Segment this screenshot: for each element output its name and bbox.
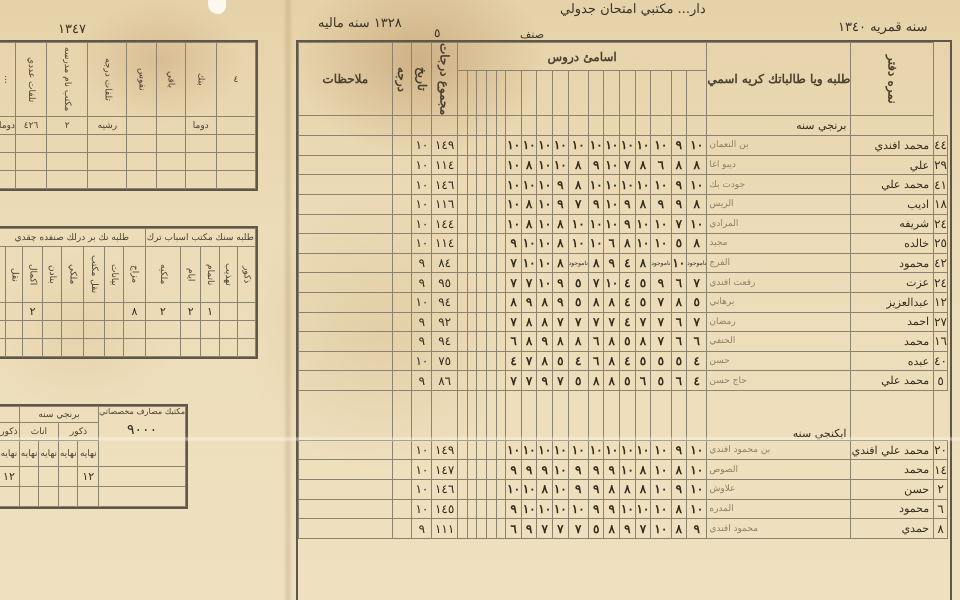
empty-lesson-cell [477, 273, 487, 293]
avg-cell: ٩ [412, 519, 432, 539]
total-cell: ١٤٩ [432, 440, 458, 460]
avg-cell: ١٠ [412, 175, 432, 195]
cell: ٨ [124, 303, 145, 321]
lesson-grade-cell: ٨ [588, 292, 604, 312]
student-name-cell: محمد [851, 460, 934, 480]
lesson-grade-cell: ٨ [604, 371, 620, 391]
empty-lesson-cell [477, 312, 487, 332]
cell: ٢ [145, 303, 180, 321]
empty-lesson-cell [496, 253, 506, 273]
register-no-cell: ١٨ [934, 194, 948, 214]
empty-lesson-cell [467, 155, 477, 175]
total-header: مجموع درجات [432, 43, 458, 116]
lesson-grade-cell: ٩ [553, 292, 569, 312]
notes-cell [299, 480, 393, 500]
empty-lesson-cell [496, 371, 506, 391]
lesson-grade-cell: ٨ [671, 499, 687, 519]
grade-cell [392, 292, 412, 312]
lesson-grade-cell: ١٠ [651, 214, 671, 234]
empty-lesson-cell [457, 499, 467, 519]
lesson-grade-cell: ١٠ [568, 136, 588, 156]
date-header: تاريخ [412, 43, 432, 116]
lesson-grade-cell: ٨ [635, 332, 651, 352]
avg-cell: ٩ [412, 332, 432, 352]
empty-lesson-cell [477, 155, 487, 175]
lesson-grade-cell: ١٠ [553, 480, 569, 500]
empty-lesson-cell [457, 371, 467, 391]
total-cell: ١٤٧ [432, 460, 458, 480]
table-row: ٩٩٢٧٨٨٧٧٧٧٤٧٧٦٧رمضاناحمد٢٧ [299, 312, 948, 332]
lesson-grade-cell: ٥ [651, 371, 671, 391]
cell: نهايه [39, 441, 59, 467]
lesson-grade-cell: ١٠ [687, 175, 707, 195]
empty-lesson-cell [477, 175, 487, 195]
notes-cell [299, 312, 393, 332]
cell [127, 117, 156, 135]
lesson-grade-cell: ٦ [671, 273, 687, 293]
father-name-cell: جودت بك [707, 175, 851, 195]
avg-cell: ١٠ [412, 440, 432, 460]
empty-lesson-cell [457, 351, 467, 371]
lesson-grade-cell: ٩ [671, 175, 687, 195]
section-first-year: برنجي سنه [707, 116, 851, 136]
lesson-grade-cell: ١٠ [651, 519, 671, 539]
lesson-grade-cell: ١٠ [553, 460, 569, 480]
notes-cell [299, 194, 393, 214]
empty-lesson-cell [496, 351, 506, 371]
table-row: ١٠٧٥٤٧٨٥٤٦٨٤٥٥٥٤حسنعبده٤٠ [299, 351, 948, 371]
lesson-grade-cell: ١٠ [588, 234, 604, 254]
register-no-cell: ٨ [934, 519, 948, 539]
father-name-cell: المرادي [707, 214, 851, 234]
avg-cell: ١٠ [412, 155, 432, 175]
lesson-grade-cell: ٩ [588, 480, 604, 500]
empty-lesson-cell [457, 155, 467, 175]
lesson-grade-cell: ٥ [568, 292, 588, 312]
group-left-title: طلبه نك بر درلك صنفده چقدي [0, 229, 145, 247]
total-cell: ١١١ [432, 519, 458, 539]
total-cell: ١٢ [78, 467, 99, 487]
lesson-grade-cell: ٩ [506, 460, 522, 480]
header-cell: بيانات [104, 247, 123, 303]
father-name-cell: بن محمود افندي [707, 440, 851, 460]
lesson-grade-cell: ٩ [604, 499, 620, 519]
empty-lesson-cell [467, 253, 477, 273]
lesson-grade-cell: ١٠ [687, 136, 707, 156]
lesson-grade-cell: ١٠ [568, 234, 588, 254]
empty-lesson-cell [457, 292, 467, 312]
empty-lesson-cell [457, 519, 467, 539]
lesson-grade-cell: ٨ [521, 155, 537, 175]
lesson-grade-cell: ٩ [620, 214, 636, 234]
student-name-cell: علي [851, 155, 934, 175]
father-name-cell: الريس [707, 194, 851, 214]
lesson-grade-cell: ١٠ [620, 136, 636, 156]
lesson-grade-cell: ٧ [553, 519, 569, 539]
lesson-grade-cell: ١٠ [651, 480, 671, 500]
lesson-grade-cell: ١٠ [687, 214, 707, 234]
lesson-grade-cell: ٥ [568, 371, 588, 391]
lesson-grade-cell: ٦ [671, 312, 687, 332]
total-cell: ٨٤ [432, 253, 458, 273]
lesson-grade-cell: ٩ [568, 480, 588, 500]
lesson-grade-cell: ٦ [651, 155, 671, 175]
lesson-grade-cell: ٩ [604, 253, 620, 273]
notes-cell [299, 371, 393, 391]
empty-lesson-cell [496, 460, 506, 480]
empty-lesson-cell [496, 332, 506, 352]
empty-lesson-cell [457, 440, 467, 460]
table-row: ٩٨٦٧٧٩٧٥٨٨٥٦٥٦٤حاج حسنمحمد علي٥ [299, 371, 948, 391]
lesson-grade-cell: ١٠ [506, 155, 522, 175]
empty-lesson-cell [457, 253, 467, 273]
lesson-grade-cell: ٩ [671, 194, 687, 214]
cell [237, 303, 255, 321]
lesson-grade-cell: ١٠ [651, 136, 671, 156]
grade-cell [392, 440, 412, 460]
lesson-grade-cell: ١٠ [537, 175, 553, 195]
empty-lesson-cell [477, 332, 487, 352]
lesson-grade-cell: ٨ [588, 253, 604, 273]
student-name-header: طلبه ويا طالباتك كريه اسمي [707, 43, 851, 116]
lesson-grade-cell: ١٠ [604, 155, 620, 175]
lesson-grade-cell: ٨ [568, 332, 588, 352]
cell: ١ [201, 303, 219, 321]
grade-cell [392, 312, 412, 332]
empty-lesson-cell [467, 175, 477, 195]
grade-cell [392, 273, 412, 293]
total-cell: ١٤٤ [432, 214, 458, 234]
father-name-cell: محمود افندي [707, 519, 851, 539]
lesson-grade-cell: ٩ [537, 332, 553, 352]
empty-lesson-cell [457, 480, 467, 500]
empty-lesson-cell [457, 136, 467, 156]
table-row: ١٠١٤٤١٠٨١٠٨١٠١٠١٠٩١٠١٠٧١٠المراديشريفه٢٤ [299, 214, 948, 234]
cell: ٢ [181, 303, 201, 321]
register-no-cell: ٤٢ [934, 253, 948, 273]
avg-cell: ٩ [412, 273, 432, 293]
lesson-grade-cell: ٨ [553, 332, 569, 352]
empty-lesson-cell [467, 136, 477, 156]
empty-lesson-cell [457, 273, 467, 293]
left-mid-table: طلبه نك بر درلك صنفده چقدي طلبه سنك مكتب… [0, 228, 256, 357]
cell: نهايه [58, 441, 78, 467]
lesson-grade-cell: ٦ [635, 371, 651, 391]
notes-cell [299, 253, 393, 273]
lesson-grade-cell: ٩ [620, 519, 636, 539]
lesson-grade-cell: ١٠ [620, 460, 636, 480]
lesson-grade-cell: ٩ [553, 273, 569, 293]
lesson-grade-cell: ٩ [521, 519, 537, 539]
main-table: ملاحظات درجه تاريخ مجموع درجات اسامئ درو… [298, 42, 948, 539]
table-row: ٩١١١٦٩٧٧٧٥٨٩٧١٠٨٩محمود افنديحمدي٨ [299, 519, 948, 539]
grade-cell [392, 234, 412, 254]
empty-lesson-cell [477, 351, 487, 371]
header-cell: اكمال [23, 247, 42, 303]
lesson-grade-cell: ٨ [553, 234, 569, 254]
header-cell: ... [0, 43, 15, 117]
father-name-cell: رفعت افندي [707, 273, 851, 293]
lesson-grade-cell: ١٠ [651, 175, 671, 195]
lesson-grade-cell: ٨ [620, 234, 636, 254]
avg-cell: ١٠ [412, 499, 432, 519]
register-no-cell: ٢٩ [934, 155, 948, 175]
lesson-grade-cell: ١٠ [651, 460, 671, 480]
empty-lesson-cell [486, 460, 496, 480]
father-name-cell: بن النعمان [707, 136, 851, 156]
lesson-grade-cell: ٧ [620, 155, 636, 175]
lesson-grade-cell: ٨ [635, 253, 651, 273]
empty-lesson-cell [477, 292, 487, 312]
table-row: ١٠١٤٦١٠١٠٨١٠٩٩٨٨٨١٠٩١٠علاوشحسن٢ [299, 480, 948, 500]
lesson-grade-cell: ٦ [506, 519, 522, 539]
lesson-grade-cell: ٨ [537, 292, 553, 312]
notes-header: ملاحظات [299, 43, 393, 116]
lesson-grade-cell: ١٠ [506, 136, 522, 156]
register-no-cell: ٢٥ [934, 234, 948, 254]
first-year-rows: ١٠١٤٩١٠١٠١٠١٠١٠١٠١٠١٠١٠١٠٩١٠بن النعمانمح… [299, 136, 948, 391]
group-title: برنجي سنه [19, 407, 98, 423]
empty-lesson-cell [477, 214, 487, 234]
lesson-grade-cell: ١٠ [537, 440, 553, 460]
lesson-grade-cell: ٨ [604, 519, 620, 539]
avg-cell: ١٠ [412, 214, 432, 234]
lesson-grade-cell: ١٠ [635, 136, 651, 156]
notes-cell [299, 292, 393, 312]
cell [104, 303, 123, 321]
lesson-grade-cell: ٨ [635, 194, 651, 214]
empty-lesson-cell [467, 440, 477, 460]
empty-lesson-cell [467, 292, 477, 312]
empty-lesson-cell [496, 292, 506, 312]
empty-lesson-cell [486, 194, 496, 214]
cell [83, 303, 104, 321]
lesson-grade-cell: ٨ [537, 312, 553, 332]
table-row: ١٠١١٤١٠٨١٠١٠٨٩١٠٧٨٦٨٨ديبو اغاعلي٢٩ [299, 155, 948, 175]
header-cell: ٤ [216, 43, 255, 117]
lesson-grade-cell: ٨ [687, 155, 707, 175]
student-name-cell: محمد [851, 332, 934, 352]
lesson-grade-cell: ٩ [588, 460, 604, 480]
cell: ٤٢٦ [15, 117, 46, 135]
lesson-grade-cell: ١٠ [620, 440, 636, 460]
header-cell: مكتب نام مدرسه [47, 43, 88, 117]
register-no-cell: ٤١ [934, 175, 948, 195]
lesson-grade-cell: ٩ [687, 519, 707, 539]
avg-cell: ١٠ [412, 234, 432, 254]
lesson-grade-cell: ١٠ [635, 440, 651, 460]
lesson-grade-cell: ٨ [568, 155, 588, 175]
empty-lesson-cell [477, 440, 487, 460]
empty-lesson-cell [477, 234, 487, 254]
father-name-cell: علاوش [707, 480, 851, 500]
lesson-grade-cell: ١٠ [671, 253, 687, 273]
register-no-cell: ٢٤ [934, 273, 948, 293]
lesson-grade-cell: ٨ [521, 214, 537, 234]
lesson-grade-cell: ٧ [635, 519, 651, 539]
empty-lesson-cell [457, 175, 467, 195]
student-name-cell: حمدي [851, 519, 934, 539]
table-row: ١٠١٤٥٩١٠١٠١٠١٠٩٩١٠١٠١٠٨١٠المدرهمحمود٦ [299, 499, 948, 519]
cell [156, 117, 185, 135]
cell [62, 303, 83, 321]
header-cell: ايام [181, 247, 201, 303]
lesson-grade-cell: ١٠ [604, 273, 620, 293]
grade-header: درجه [392, 43, 412, 116]
empty-lesson-cell [496, 480, 506, 500]
lesson-grade-cell: ١٠ [521, 253, 537, 273]
empty-lesson-cell [486, 480, 496, 500]
avg-cell: ١٠ [412, 194, 432, 214]
lesson-grade-cell: ٦ [687, 332, 707, 352]
grade-cell [392, 175, 412, 195]
lesson-grade-cell: ٧ [537, 519, 553, 539]
empty-lesson-cell [477, 480, 487, 500]
student-name-cell: شريفه [851, 214, 934, 234]
lesson-grade-cell: ٤ [620, 292, 636, 312]
student-name-cell: اديب [851, 194, 934, 214]
lesson-grade-cell: ١٠ [620, 175, 636, 195]
total-cell: ٩٥ [432, 273, 458, 293]
lesson-grade-cell: ٨ [671, 292, 687, 312]
lesson-grade-cell: ٧ [553, 371, 569, 391]
header-cell: باقي [156, 43, 185, 117]
lesson-grade-cell: ٨ [620, 480, 636, 500]
lesson-grade-cell: ١٠ [521, 136, 537, 156]
left-top-table: ... تلفات عددي مكتب نام مدرسه تلفات درجه… [0, 42, 256, 189]
header-cell: نقل [6, 247, 23, 303]
lesson-grade-cell: ٥ [620, 332, 636, 352]
lesson-grade-cell: ٩ [671, 136, 687, 156]
header-cell: تهذيب [219, 247, 237, 303]
lesson-grade-cell: ١٠ [553, 136, 569, 156]
lesson-grade-cell: ٨ [635, 155, 651, 175]
header-cell: ملكي [62, 247, 83, 303]
cell: رشيه [88, 117, 127, 135]
lesson-grade-cell: ١٠ [588, 136, 604, 156]
student-name-cell: حسن [851, 480, 934, 500]
lesson-grade-cell: ٧ [588, 273, 604, 293]
father-name-cell: مجيد [707, 234, 851, 254]
lesson-grade-cell: ٦ [671, 371, 687, 391]
empty-lesson-cell [496, 175, 506, 195]
register-no-cell: ٢٠ [934, 440, 948, 460]
father-name-cell: الحنفي [707, 332, 851, 352]
table-row: ١٠١٤٧٩٩٩١٠٩٩٩١٠٨١٠٨١٠الصوصمحمد١٤ [299, 460, 948, 480]
lesson-grade-cell: ٩ [537, 460, 553, 480]
lesson-grade-cell: ٨ [671, 519, 687, 539]
register-no-cell: ١٦ [934, 332, 948, 352]
cell: نهايه [78, 441, 99, 467]
empty-lesson-cell [467, 351, 477, 371]
cell: دوما [185, 117, 216, 135]
empty-lesson-cell [477, 136, 487, 156]
lesson-grade-cell: ٦ [588, 332, 604, 352]
total-cell: ١٢ [0, 467, 19, 487]
lesson-grade-cell: ٧ [506, 371, 522, 391]
table-row: ١٠١٤٩١٠١٠١٠١٠١٠١٠١٠١٠١٠١٠٩١٠بن النعمانمح… [299, 136, 948, 156]
lesson-grade-cell: ٧ [506, 253, 522, 273]
lesson-grade-cell: ٦ [604, 234, 620, 254]
lesson-grade-cell: ٧ [506, 273, 522, 293]
empty-lesson-cell [467, 519, 477, 539]
header-cell: مزاج [124, 247, 145, 303]
lesson-grade-cell: ١٠ [635, 214, 651, 234]
avg-cell: ١٠ [412, 136, 432, 156]
register-no-cell: ٢٤ [934, 214, 948, 234]
cell: ٢ [47, 117, 88, 135]
lesson-grade-cell: ١٠ [521, 175, 537, 195]
father-name-cell: الفرج [707, 253, 851, 273]
header-title: دار... مكتبي امتحان جدولي [560, 2, 706, 17]
lesson-grade-cell: ٤ [506, 351, 522, 371]
empty-lesson-cell [467, 312, 477, 332]
student-name-cell: احمد [851, 312, 934, 332]
total-cell: ١١٦ [432, 194, 458, 214]
lesson-grade-cell: ١٠ [537, 273, 553, 293]
avg-cell: ٩ [412, 312, 432, 332]
empty-lesson-cell [496, 519, 506, 539]
empty-lesson-cell [486, 175, 496, 195]
lesson-grade-cell: ٩ [553, 175, 569, 195]
student-name-cell: خالده [851, 234, 934, 254]
cell: ٢ [23, 303, 42, 321]
lesson-grade-cell: ١٠ [553, 155, 569, 175]
lesson-grade-cell: ٧ [506, 312, 522, 332]
lesson-grade-cell: ٩ [671, 440, 687, 460]
grade-cell [392, 194, 412, 214]
top-left-year: ١٣٤٧ [58, 22, 86, 37]
lesson-grade-cell: ٨ [521, 194, 537, 214]
cell: نهايه [19, 441, 39, 467]
empty-lesson-cell [486, 253, 496, 273]
second-year-rows: ١٠١٤٩١٠١٠١٠١٠١٠١٠١٠١٠١٠١٠٩١٠بن محمود افن… [299, 440, 948, 538]
lesson-grade-cell: ٧ [553, 312, 569, 332]
grade-cell [392, 371, 412, 391]
grade-cell [392, 519, 412, 539]
lesson-grade-cell: ١٠ [553, 440, 569, 460]
total-cell: ٩٤ [432, 292, 458, 312]
empty-lesson-cell [496, 312, 506, 332]
student-name-cell: محمود [851, 253, 934, 273]
lesson-grade-cell: ١٠ [537, 214, 553, 234]
group-right-title: طلبه سنك مكتب اسباب ترك [145, 229, 255, 247]
total-cell: ١٤٩ [432, 136, 458, 156]
lesson-grade-cell: ٨ [521, 312, 537, 332]
empty-lesson-cell [477, 519, 487, 539]
empty-lesson-cell [467, 332, 477, 352]
register-no-cell: ١٤ [934, 460, 948, 480]
lesson-grade-cell: ٥ [588, 519, 604, 539]
avg-cell: ١٠ [412, 351, 432, 371]
register-no-header: نمره دفتر [851, 43, 934, 116]
lesson-grade-cell: ٨ [671, 155, 687, 175]
lesson-grade-cell: ٩ [568, 460, 588, 480]
header-cell: بنك [185, 43, 216, 117]
lesson-grade-cell: ١٠ [568, 499, 588, 519]
empty-lesson-cell [496, 499, 506, 519]
lesson-grade-cell: ١٠ [651, 499, 671, 519]
father-name-cell: برهاني [707, 292, 851, 312]
student-name-cell: عزت [851, 273, 934, 293]
grade-cell [392, 460, 412, 480]
grade-cell [392, 155, 412, 175]
father-name-cell: ديبو اغا [707, 155, 851, 175]
lesson-grade-cell: ٩ [521, 460, 537, 480]
lesson-grade-cell: ٥ [620, 371, 636, 391]
empty-lesson-cell [457, 234, 467, 254]
lesson-grade-cell: ٤ [568, 351, 588, 371]
